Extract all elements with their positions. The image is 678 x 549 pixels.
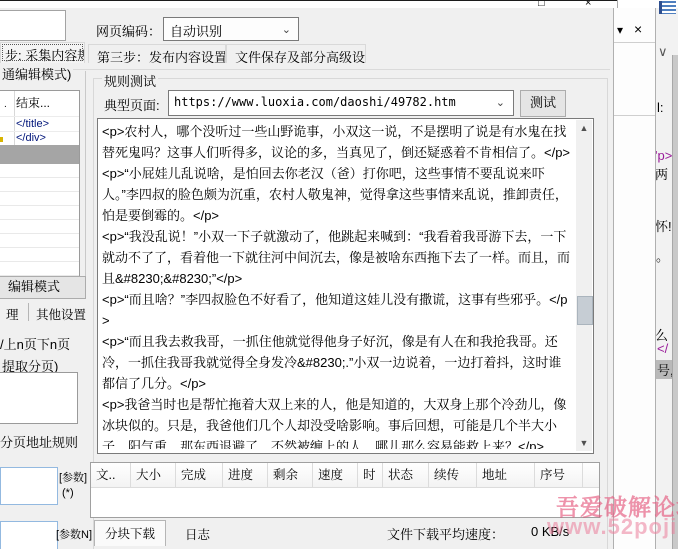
param-input[interactable] <box>0 467 58 505</box>
left-tab-manage[interactable]: 理 <box>6 305 19 323</box>
background-scrollbar[interactable] <box>672 55 678 549</box>
url-value: https://www.luoxia.com/daoshi/49782.htm <box>174 95 456 109</box>
tab-label: 分块下载 <box>105 527 155 541</box>
chevron-down-icon: ⌄ <box>282 23 291 36</box>
main-window: 网页编码： 自动识别 ⌄ 步: 采集内容规则 第三步：发布内容设置 文件保存及部… <box>0 8 612 549</box>
background-text-fragment: l: <box>657 100 664 115</box>
close-icon[interactable]: × <box>585 0 591 8</box>
grid-row-end-tag[interactable]: </title> <box>16 118 49 130</box>
col-header-resume[interactable]: 续传 <box>429 463 477 488</box>
background-titlebar: □ × <box>0 0 678 8</box>
edit-mode-button[interactable]: 编辑模式 <box>0 276 86 299</box>
divider <box>28 303 29 321</box>
col-header-index[interactable]: 序号 <box>535 463 583 488</box>
background-text-fragment: 。 <box>656 246 669 265</box>
vertical-scrollbar[interactable]: ▲ ▼ <box>576 120 592 451</box>
tab-collect-rules[interactable]: 步: 采集内容规则 <box>0 42 85 63</box>
chevron-down-icon[interactable]: ∨ <box>658 44 668 60</box>
param-label: [参数] <box>59 469 87 485</box>
maximize-icon[interactable]: □ <box>538 0 545 8</box>
screenshot-root: ∨ l: 'p> 两 怀! 。 么 </ 号, ▾ × □ × 网页编码： 自动… <box>0 0 678 549</box>
test-button[interactable]: 测试 <box>520 90 566 117</box>
edit-mode-group-caption: 通编辑模式) <box>0 64 73 83</box>
col-header-file[interactable]: 文.. <box>91 463 131 488</box>
pager-text: /上n页下n页 <box>0 334 70 353</box>
button-label: 测试 <box>530 95 556 110</box>
scroll-up-icon[interactable]: ▲ <box>576 120 592 136</box>
background-text-fragment: 'p> <box>655 148 672 163</box>
group-border <box>85 71 86 279</box>
tab-label: 日志 <box>185 528 210 542</box>
result-textarea[interactable]: <p>农村人，哪个没听过一些山野诡事，小双这一说，不是摆明了说是有水鬼在找替死鬼… <box>97 118 594 454</box>
url-combobox[interactable]: https://www.luoxia.com/daoshi/49782.htm … <box>168 90 514 116</box>
tab-label: 步: 采集内容规则 <box>5 48 85 63</box>
tab-label: 第三步：发布内容设置 <box>97 50 226 63</box>
mini-panel: ▾ × <box>613 1 656 549</box>
background-text-fragment: 两 <box>655 164 668 183</box>
chevron-down-icon: ⌄ <box>496 96 505 109</box>
col-header-status[interactable]: 状态 <box>383 463 429 488</box>
left-tab-other-settings[interactable]: 其他设置 <box>36 305 86 323</box>
tab-block-download[interactable]: 分块下载 <box>94 520 166 546</box>
grid-empty-rows <box>0 164 79 277</box>
col-header-spacer <box>583 463 599 488</box>
tab-file-save-settings[interactable]: 文件保存及部分高级设置 <box>226 44 366 63</box>
button-label: 编辑模式 <box>8 279 60 294</box>
close-icon[interactable]: × <box>634 21 642 37</box>
dropdown-icon[interactable]: ▾ <box>617 23 623 37</box>
col-header-remaining[interactable]: 剩余 <box>268 463 313 488</box>
col-header-progress[interactable]: 进度 <box>223 463 268 488</box>
tab-log[interactable]: 日志 <box>175 522 220 547</box>
col-header-size[interactable]: 大小 <box>131 463 176 488</box>
col-header-address[interactable]: 地址 <box>477 463 535 488</box>
divider <box>0 69 610 70</box>
scroll-down-icon[interactable]: ▼ <box>576 435 592 451</box>
row-marker-icon <box>0 137 3 142</box>
result-content: <p>农村人，哪个没听过一些山野诡事，小双这一说，不是摆明了说是有水鬼在找替死鬼… <box>102 121 572 449</box>
grid-selected-row[interactable] <box>0 145 79 164</box>
rules-grid[interactable]: . 结束... </title> </div> <box>0 90 80 280</box>
grid-col1-header: . <box>4 99 7 110</box>
encoding-select[interactable]: 自动识别 ⌄ <box>163 17 299 41</box>
window-top-edge <box>0 0 617 1</box>
page-rule-label: 分页地址规则 <box>0 432 78 451</box>
col-header-time[interactable]: 时 <box>358 463 383 488</box>
app-icon <box>659 1 676 14</box>
param-n-label: [参数N] <box>56 526 92 542</box>
background-text-fragment: 怀! <box>655 216 672 235</box>
grid-row-end-tag[interactable]: </div> <box>16 132 46 144</box>
download-table: 文.. 大小 完成 进度 剩余 速度 时 状态 续传 地址 序号 <box>90 462 600 518</box>
avg-speed-label: 文件下载平均速度： <box>387 524 504 543</box>
avg-speed-value: 0 KB/s <box>531 524 569 539</box>
typical-page-label: 典型页面: <box>104 95 160 114</box>
toolbar-input[interactable] <box>0 10 66 41</box>
background-text-fragment: </ <box>657 341 668 356</box>
param-n-input[interactable] <box>0 521 58 549</box>
pagination-listbox[interactable] <box>0 372 78 424</box>
encoding-label: 网页编码： <box>96 21 161 40</box>
encoding-value: 自动识别 <box>170 21 222 40</box>
tab-label: 文件保存及部分高级设置 <box>235 50 366 63</box>
param-star-label: (*) <box>62 487 74 499</box>
grid-col2-header: 结束... <box>16 94 50 111</box>
col-header-done[interactable]: 完成 <box>176 463 223 488</box>
scrollbar-thumb[interactable] <box>577 296 593 325</box>
col-header-speed[interactable]: 速度 <box>313 463 358 488</box>
tab-publish-settings[interactable]: 第三步：发布内容设置 <box>88 44 226 63</box>
rule-test-caption: 规则测试 <box>102 71 158 90</box>
